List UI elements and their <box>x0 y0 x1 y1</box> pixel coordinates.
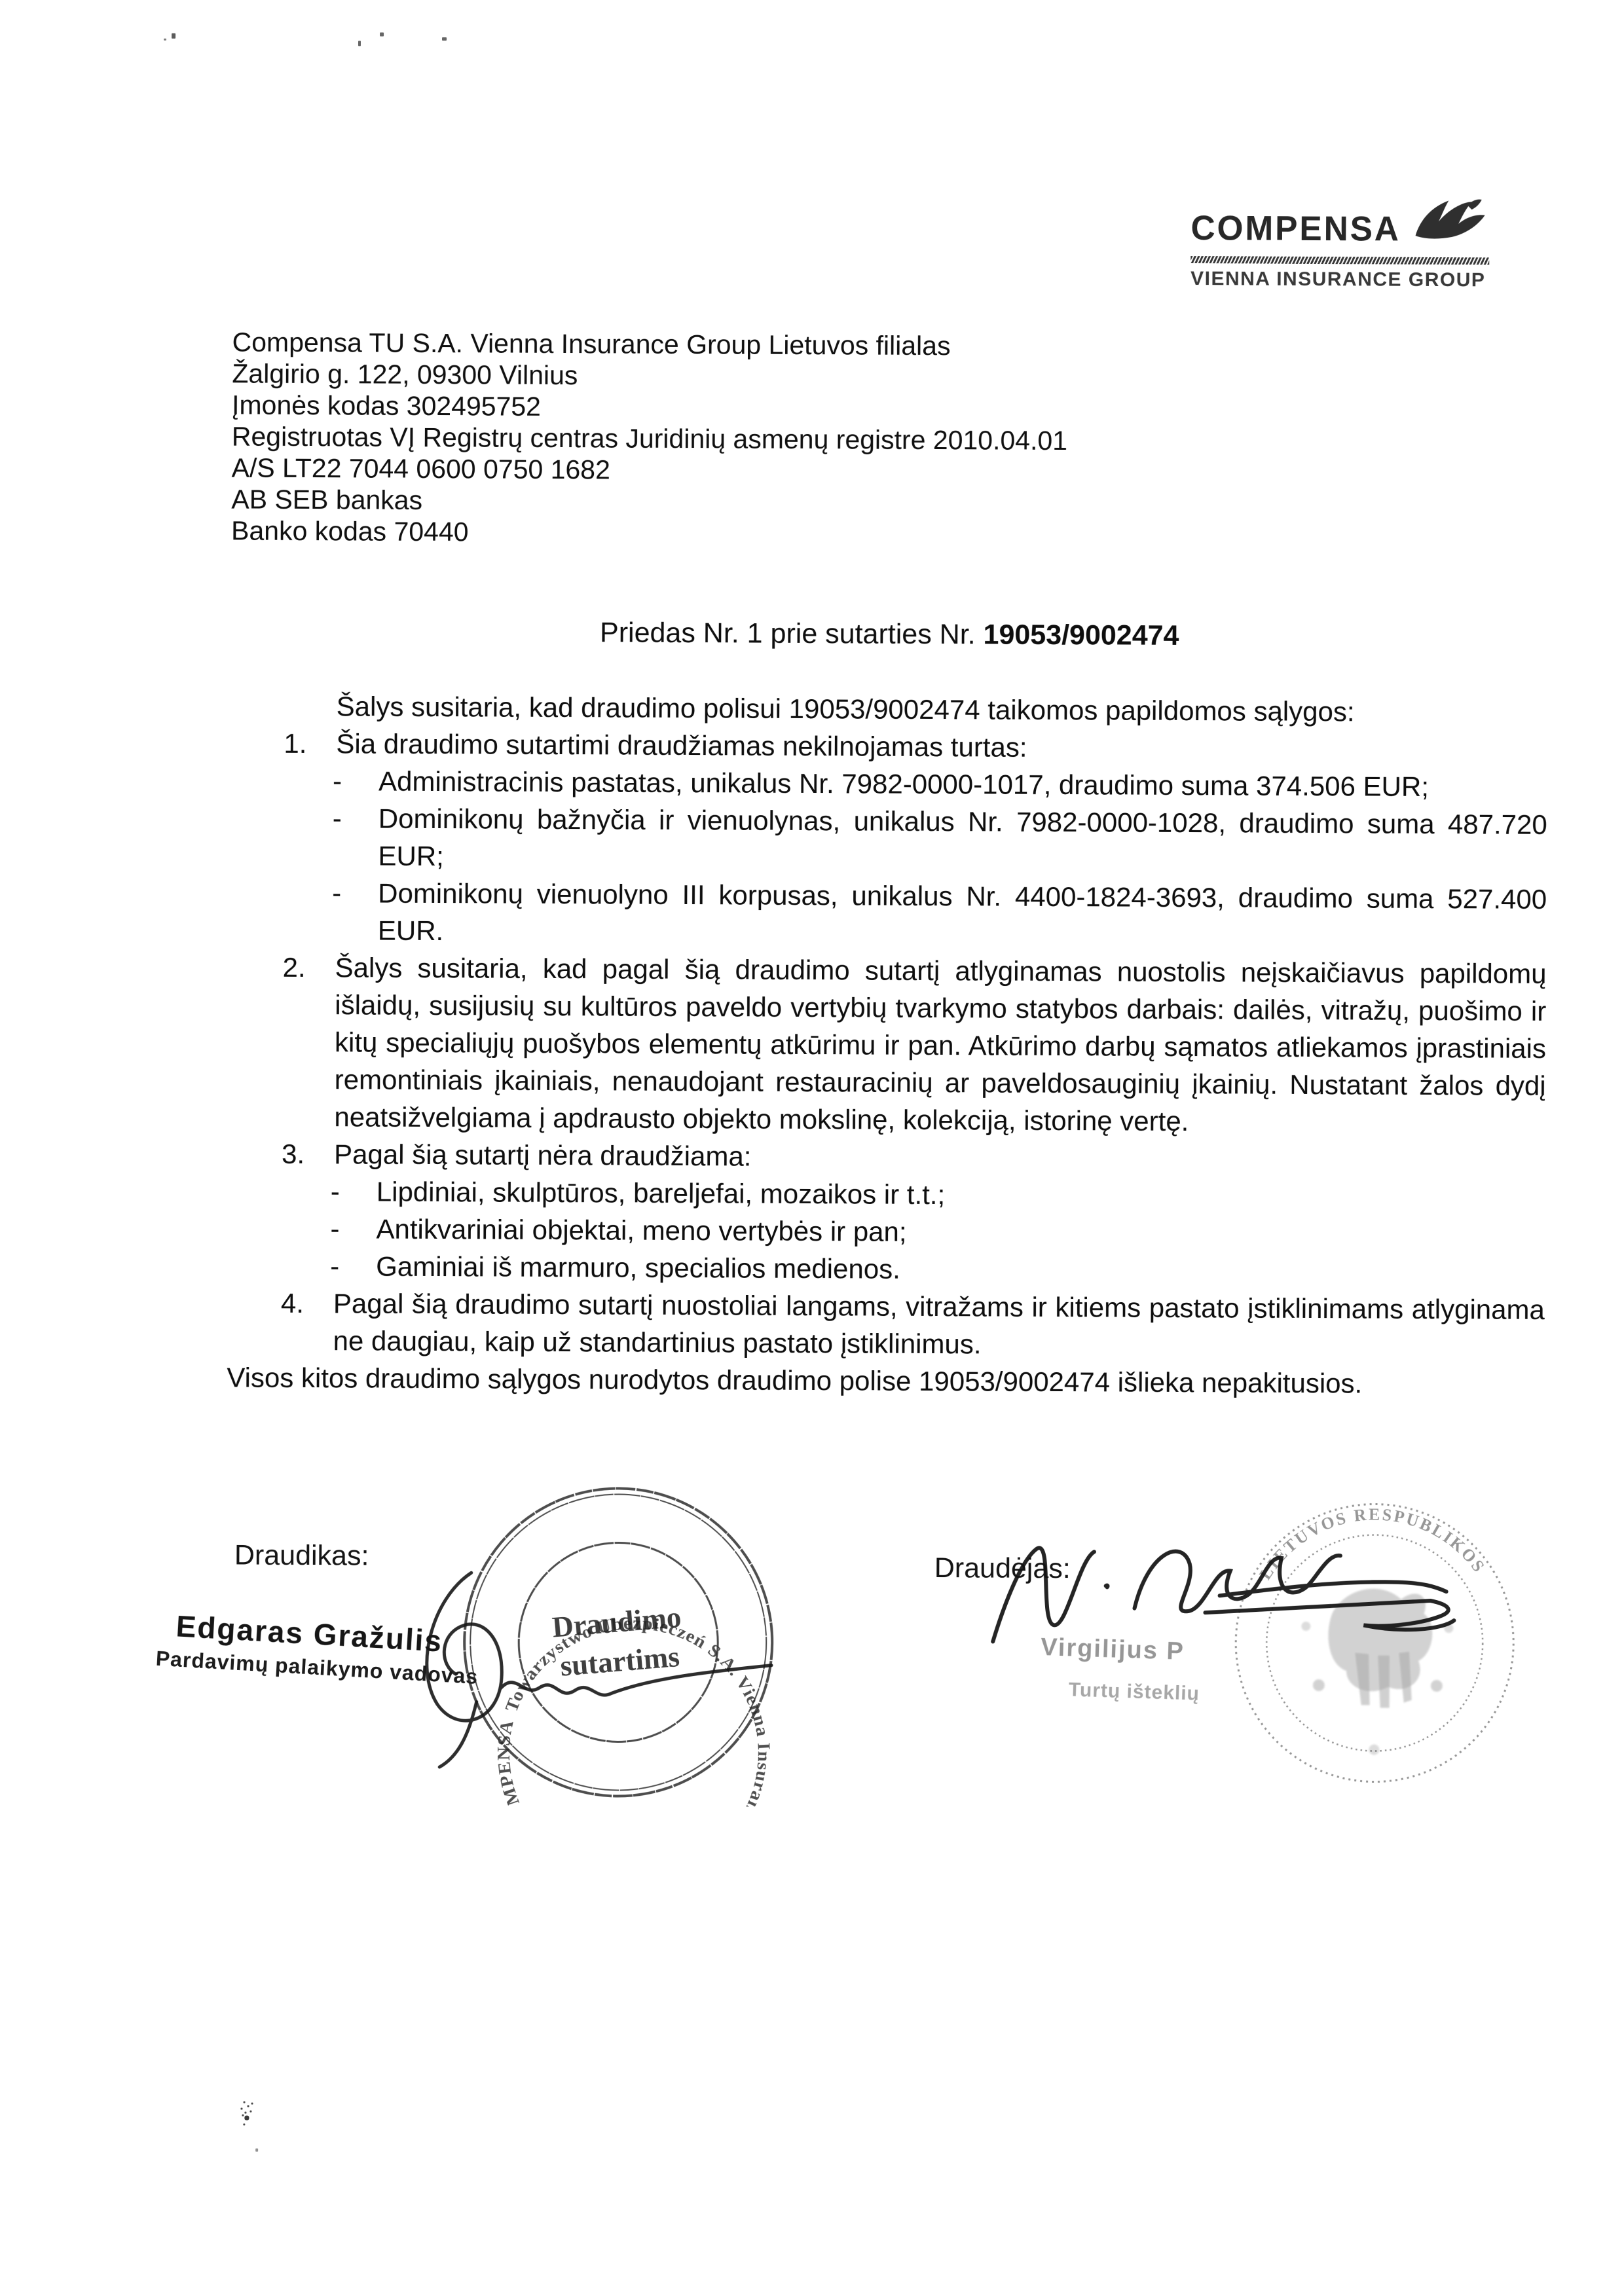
letterhead: Compensa TU S.A. Vienna Insurance Group … <box>231 326 1068 551</box>
sub-item-text: Antikvariniai objektai, meno vertybės ir… <box>376 1211 1545 1254</box>
item-text: Pagal šią sutartį nėra draudžiama: <box>334 1135 1545 1179</box>
list-item: - Administracinis pastatas, unikalus Nr.… <box>336 762 1547 806</box>
insurer-label: Draudikas: <box>234 1539 369 1572</box>
sub-item-text: Dominikonų bažnyčia ir vienuolynas, unik… <box>378 800 1547 881</box>
dash-bullet: - <box>331 1173 340 1210</box>
letterhead-line: AB SEB bankas <box>231 483 1067 519</box>
sub-item-text: Administracinis pastatas, unikalus Nr. 7… <box>378 763 1547 806</box>
sub-item-text: Lipdiniai, skulptūros, bareljefai, mozai… <box>377 1173 1545 1216</box>
item-text: Pagal šią draudimo sutartį nuostoliai la… <box>333 1285 1545 1366</box>
letterhead-line: Banko kodas 70440 <box>231 515 1067 551</box>
sub-item-text: Gaminiai iš marmuro, specialios medienos… <box>376 1248 1545 1291</box>
scan-speck <box>255 2149 258 2152</box>
logo-divider <box>1190 256 1489 264</box>
letterhead-line: Įmonės kodas 302495752 <box>232 389 1067 425</box>
list-item: - Dominikonų vienuolyno III korpusas, un… <box>335 874 1547 955</box>
dash-bullet: - <box>330 1247 339 1285</box>
list-item: - Gaminiai iš marmuro, specialios medien… <box>333 1247 1545 1291</box>
item-number: 2. <box>282 949 305 986</box>
letterhead-line: Registruotas VĮ Registrų centras Juridin… <box>232 420 1067 456</box>
scan-speck <box>442 37 447 41</box>
letterhead-line: Compensa TU S.A. Vienna Insurance Group … <box>232 326 1067 362</box>
scan-speck <box>380 33 384 37</box>
dash-bullet: - <box>333 799 342 837</box>
intro-paragraph: Šalys susitaria, kad draudimo polisui 19… <box>231 687 1548 731</box>
dash-bullet: - <box>332 874 341 911</box>
list-item: - Lipdiniai, skulptūros, bareljefai, moz… <box>334 1173 1545 1216</box>
logo-subtitle: VIENNA INSURANCE GROUP <box>1190 268 1489 291</box>
dash-bullet: - <box>333 762 342 799</box>
closing-paragraph: Visos kitos draudimo sąlygos nurodytos d… <box>227 1358 1544 1403</box>
item-number: 3. <box>282 1135 304 1173</box>
numbered-item-1: 1. Šia draudimo sutartimi draudžiamas ne… <box>229 724 1548 955</box>
item-text: Šalys susitaria, kad pagal šią draudimo … <box>334 949 1546 1142</box>
letterhead-line: A/S LT22 7044 0600 0750 1682 <box>231 452 1067 488</box>
numbered-item-3: 3. Pagal šią sutartį nėra draudžiama: - … <box>227 1135 1545 1291</box>
item-number: 4. <box>281 1285 304 1322</box>
scan-speck <box>358 41 361 46</box>
letterhead-line: Žalgirio g. 122, 09300 Vilnius <box>232 357 1067 393</box>
compensa-falcon-icon <box>1412 191 1490 249</box>
numbered-item-4: 4. Pagal šią draudimo sutartį nuostoliai… <box>227 1284 1545 1366</box>
logo-row: COMPENSA <box>1190 189 1489 249</box>
list-item: - Antikvariniai objektai, meno vertybės … <box>333 1210 1545 1254</box>
item-number: 1. <box>284 725 306 762</box>
insurer-handwritten-signature <box>369 1536 789 1787</box>
scan-speck <box>172 33 175 39</box>
scan-speck <box>164 39 166 41</box>
item-text: Šia draudimo sutartimi draudžiamas nekil… <box>336 725 1547 769</box>
scan-skew-wrapper: COMPENSA VIENNA INSURANCE GROUP Compensa… <box>0 0 1624 2296</box>
logo-compensa: COMPENSA VIENNA INSURANCE GROUP <box>1190 189 1490 291</box>
policyholder-handwritten-signature <box>972 1487 1484 1692</box>
title-prefix: Priedas Nr. 1 prie sutarties Nr. <box>600 617 984 650</box>
logo-wordmark: COMPENSA <box>1190 208 1401 249</box>
list-item: - Dominikonų bažnyčia ir vienuolynas, un… <box>335 799 1547 881</box>
sub-item-text: Dominikonų vienuolyno III korpusas, unik… <box>378 875 1547 955</box>
scanned-document-page: COMPENSA VIENNA INSURANCE GROUP Compensa… <box>0 0 1624 2296</box>
dash-bullet: - <box>330 1210 339 1247</box>
scan-speck-cluster <box>244 2101 246 2103</box>
document-title: Priedas Nr. 1 prie sutarties Nr. 19053/9… <box>231 615 1548 654</box>
document-body: Šalys susitaria, kad draudimo polisui 19… <box>227 687 1548 1403</box>
contract-number: 19053/9002474 <box>983 619 1179 651</box>
numbered-item-2: 2. Šalys susitaria, kad pagal šią draudi… <box>228 948 1546 1142</box>
